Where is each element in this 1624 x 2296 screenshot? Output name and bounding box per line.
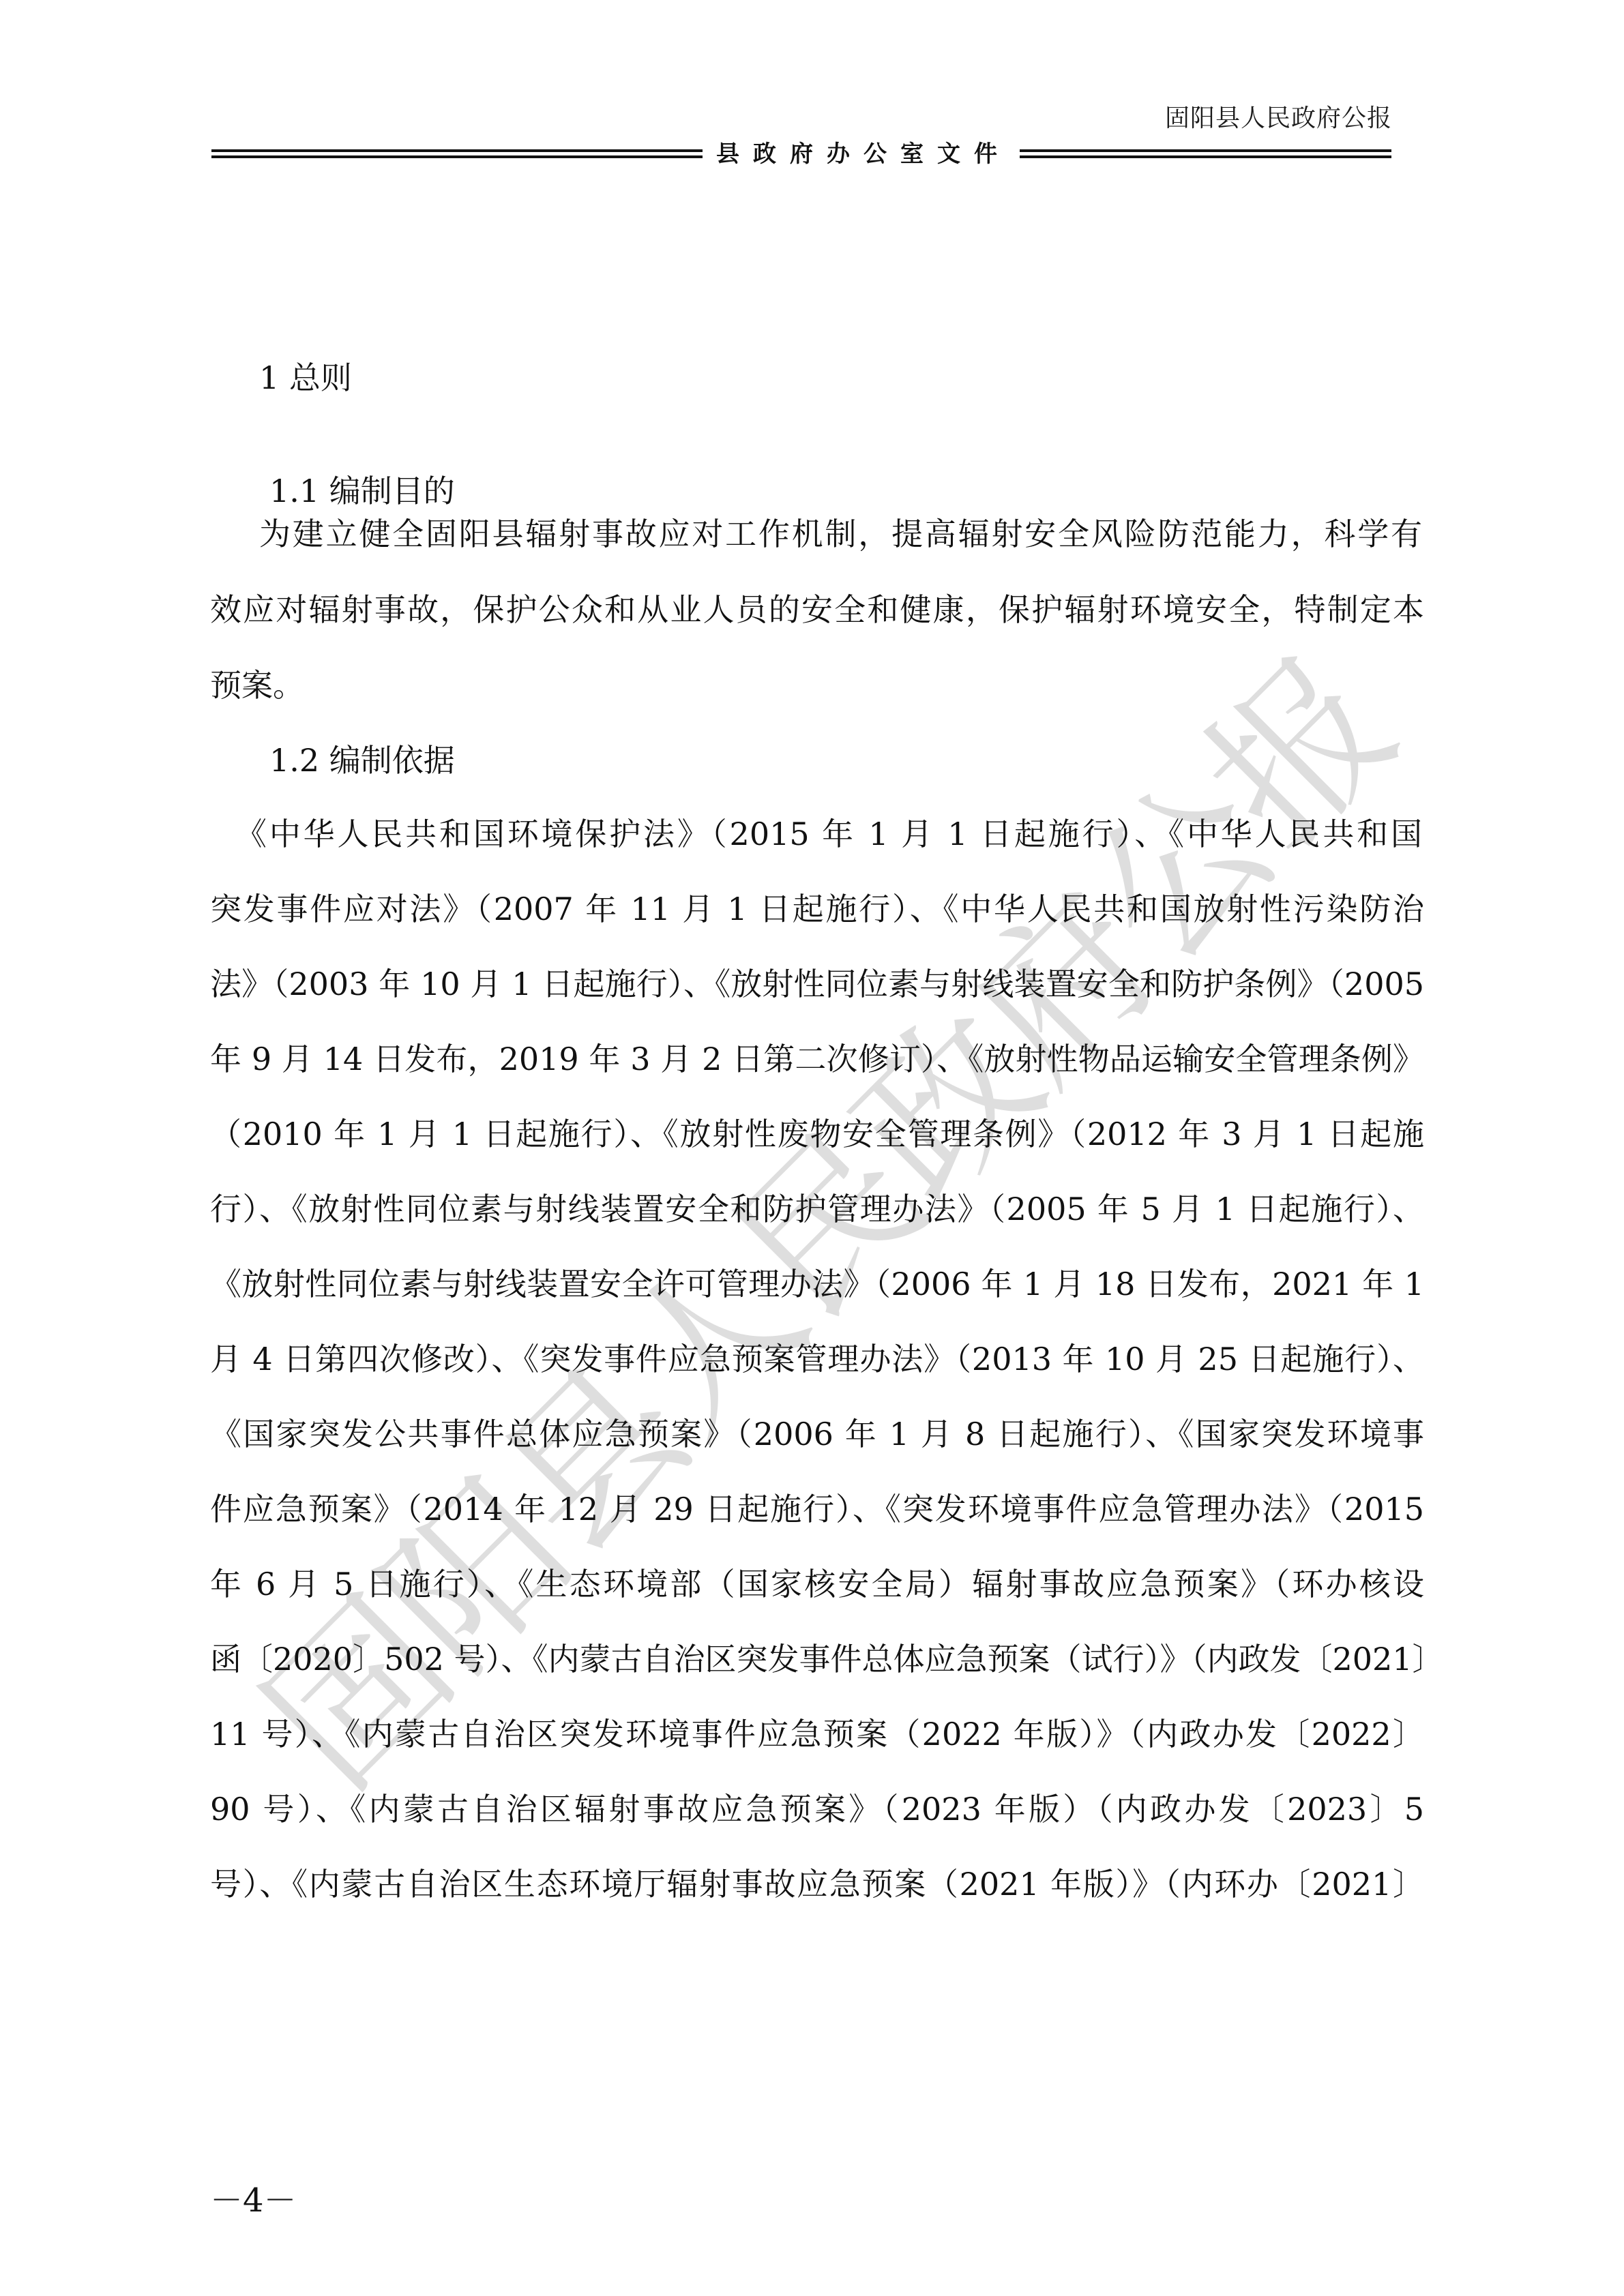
header-double-rule-left — [211, 148, 703, 159]
purpose-line: 预案。 — [210, 666, 1424, 704]
basis-line: 11 号）、《内蒙古自治区突发环境事件应急预案（2022 年版）》（内政办发〔2… — [210, 1715, 1424, 1753]
basis-line: 函〔2020〕502 号）、《内蒙古自治区突发事件总体应急预案（试行）》（内政发… — [210, 1640, 1424, 1678]
heading-general-provisions: 1 总则 — [259, 359, 352, 397]
header-section-title: 县政府办公室文件 — [716, 135, 1009, 168]
basis-line: 《中华人民共和国环境保护法》（2015 年 1 月 1 日起施行）、《中华人民共… — [235, 815, 1422, 853]
basis-line: 法》（2003 年 10 月 1 日起施行）、《放射性同位素与射线装置安全和防护… — [210, 965, 1424, 1003]
basis-line: 行）、《放射性同位素与射线装置安全和防护管理办法》（2005 年 5 月 1 日… — [210, 1190, 1424, 1228]
document-page: 固阳县人民政府公报 县政府办公室文件 固阳县人民政府公报 1 总则 1.1 编制… — [0, 0, 1624, 2296]
basis-line: 月 4 日第四次修改）、《突发事件应急预案管理办法》（2013 年 10 月 2… — [210, 1340, 1424, 1378]
basis-line: 突发事件应对法》（2007 年 11 月 1 日起施行）、《中华人民共和国放射性… — [210, 890, 1424, 928]
heading-purpose: 1.1 编制目的 — [269, 472, 455, 510]
basis-line: 《放射性同位素与射线装置安全许可管理办法》（2006 年 1 月 18 日发布，… — [210, 1265, 1424, 1303]
basis-line: 号）、《内蒙古自治区生态环境厅辐射事故应急预案（2021 年版）》（内环办〔20… — [210, 1865, 1424, 1903]
publication-name: 固阳县人民政府公报 — [1165, 99, 1392, 134]
basis-line: 年 9 月 14 日发布，2019 年 3 月 2 日第二次修订）、《放射性物品… — [210, 1040, 1424, 1078]
basis-line: 90 号）、《内蒙古自治区辐射事故应急预案》（2023 年版）（内政办发〔202… — [210, 1790, 1424, 1828]
basis-line: （2010 年 1 月 1 日起施行）、《放射性废物安全管理条例》（2012 年… — [210, 1115, 1424, 1153]
basis-line: 年 6 月 5 日施行）、《生态环境部（国家核安全局）辐射事故应急预案》（环办核… — [210, 1565, 1424, 1603]
purpose-line: 为建立健全固阳县辐射事故应对工作机制，提高辐射安全风险防范能力，科学有 — [259, 515, 1422, 553]
basis-line: 《国家突发公共事件总体应急预案》（2006 年 1 月 8 日起施行）、《国家突… — [210, 1415, 1424, 1453]
page-number: －4－ — [210, 2174, 297, 2221]
heading-basis: 1.2 编制依据 — [269, 741, 455, 779]
basis-line: 件应急预案》（2014 年 12 月 29 日起施行）、《突发环境事件应急管理办… — [210, 1490, 1424, 1528]
purpose-line: 效应对辐射事故，保护公众和从业人员的安全和健康，保护辐射环境安全，特制定本 — [210, 591, 1424, 629]
header-double-rule-right — [1020, 148, 1391, 159]
